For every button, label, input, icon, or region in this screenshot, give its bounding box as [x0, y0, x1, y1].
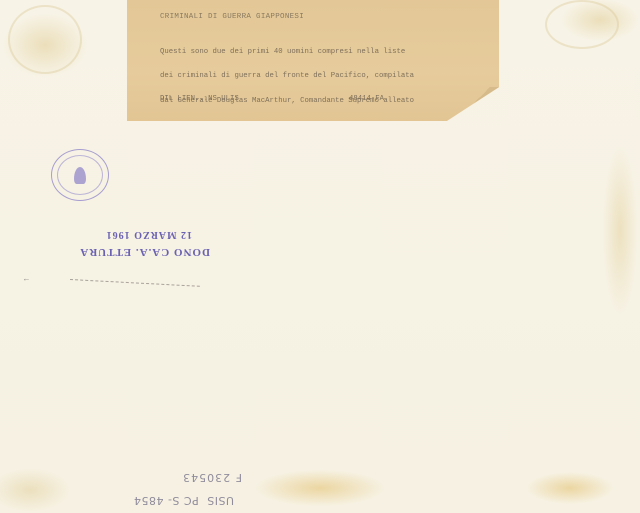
arrow-left-icon: ←: [24, 275, 29, 284]
stain-ring: [8, 5, 82, 74]
handwritten-f-number: F 230543: [182, 471, 242, 484]
donation-stamp: DONO CA.A. ETTURA 12 MARZO 1961: [60, 218, 210, 258]
stain-ring: [545, 0, 619, 49]
seal-inner-ring: [57, 155, 103, 195]
caption-line: Questi sono due dei primi 40 uomini comp…: [160, 48, 480, 56]
caption-line: dei criminali di guerra del fronte del P…: [160, 72, 480, 80]
handwritten-archive-notes: USIS PC S- 4854 F 230543: [92, 462, 242, 507]
handwritten-usis-number: USIS PC S- 4854: [133, 494, 234, 507]
donation-stamp-date: 12 MARZO 1961: [106, 229, 192, 240]
seal-emblem-icon: [74, 167, 86, 184]
caption-slip: CRIMINALI DI GUERRA GIAPPONESI Questi so…: [127, 0, 499, 121]
caption-credit: DIL LIEN...NS ULIS: [160, 95, 239, 103]
donation-stamp-line1: DONO CA.A. ETTURA: [79, 246, 210, 258]
circular-seal-icon: [51, 149, 109, 201]
caption-reference-number: 48414-FA: [349, 95, 384, 103]
caption-title: CRIMINALI DI GUERRA GIAPPONESI: [160, 13, 304, 21]
